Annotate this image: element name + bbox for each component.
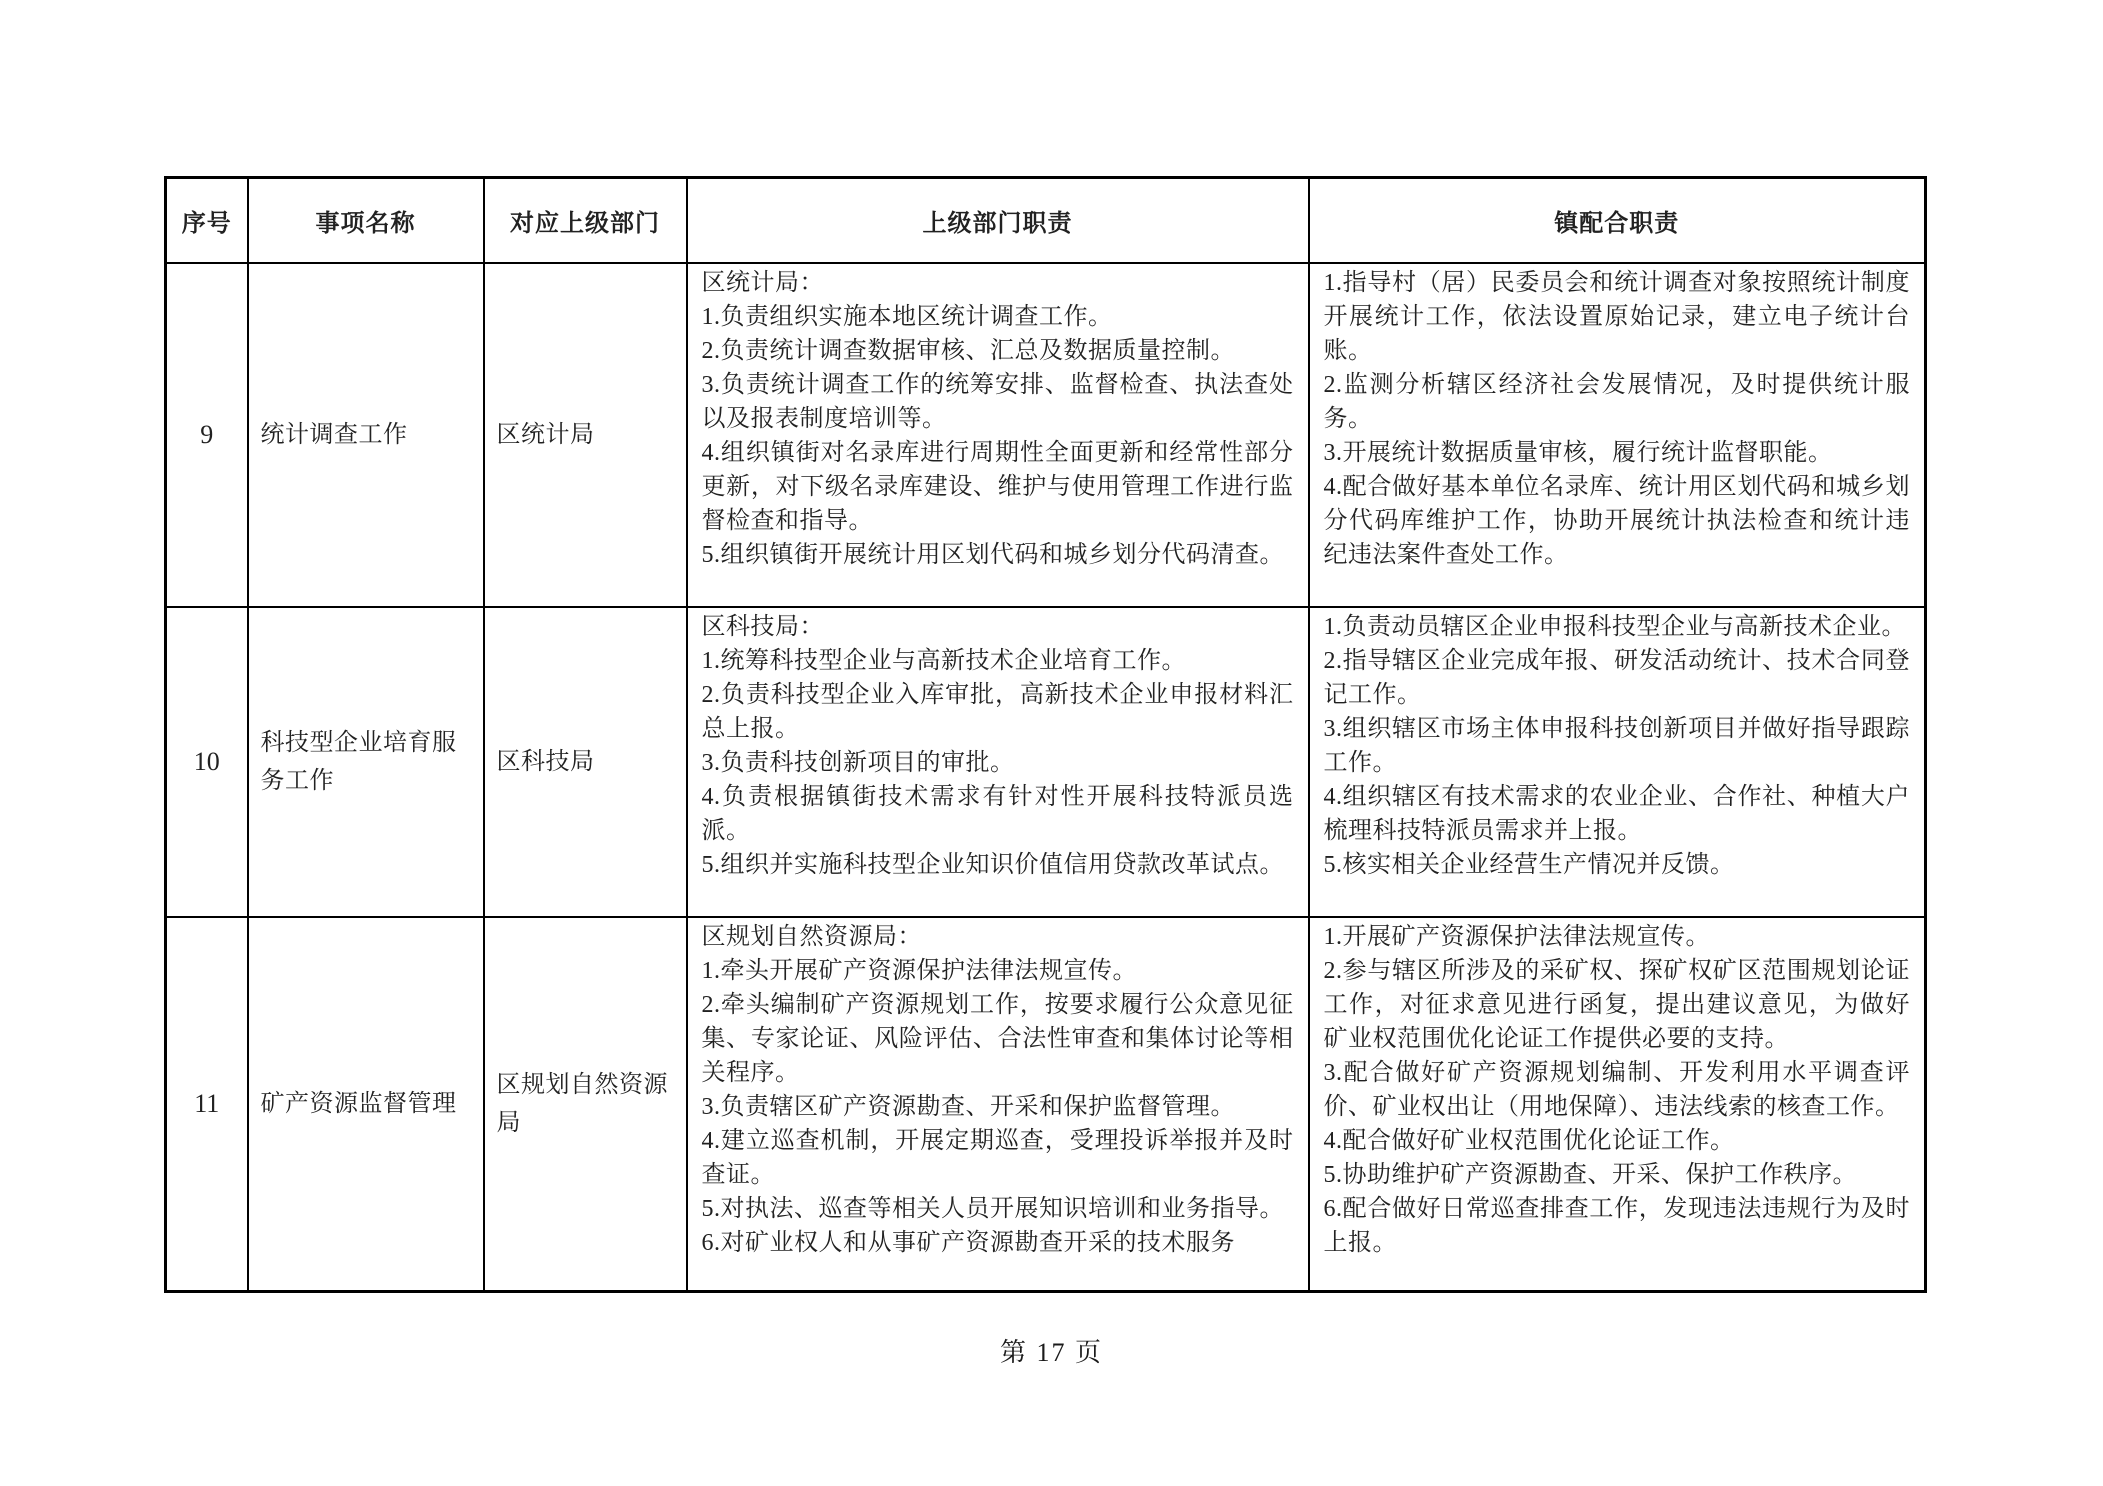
row-number-cell: 9: [166, 263, 248, 607]
department-cell: 区规划自然资源局: [484, 917, 687, 1292]
table-row: 11 矿产资源监督管理 区规划自然资源局 区规划自然资源局： 1.牵头开展矿产资…: [166, 917, 1926, 1292]
town-duties-cell: 1.开展矿产资源保护法律法规宣传。 2.参与辖区所涉及的采矿权、探矿权矿区范围规…: [1309, 917, 1926, 1292]
table-header-row: 序号 事项名称 对应上级部门 上级部门职责 镇配合职责: [166, 178, 1926, 263]
column-header-item-name: 事项名称: [248, 178, 484, 263]
superior-duties-cell: 区科技局： 1.统筹科技型企业与高新技术企业培育工作。 2.负责科技型企业入库审…: [687, 607, 1309, 917]
item-name-cell: 统计调查工作: [248, 263, 484, 607]
department-cell: 区科技局: [484, 607, 687, 917]
item-name-cell: 科技型企业培育服务工作: [248, 607, 484, 917]
superior-duties-cell: 区规划自然资源局： 1.牵头开展矿产资源保护法律法规宣传。 2.牵头编制矿产资源…: [687, 917, 1309, 1292]
column-header-superior-duties: 上级部门职责: [687, 178, 1309, 263]
row-number-cell: 11: [166, 917, 248, 1292]
column-header-number: 序号: [166, 178, 248, 263]
responsibility-table: 序号 事项名称 对应上级部门 上级部门职责 镇配合职责 9 统计调查工作 区统计…: [164, 176, 1927, 1293]
item-name-cell: 矿产资源监督管理: [248, 917, 484, 1292]
table-row: 10 科技型企业培育服务工作 区科技局 区科技局： 1.统筹科技型企业与高新技术…: [166, 607, 1926, 917]
row-number-cell: 10: [166, 607, 248, 917]
superior-duties-cell: 区统计局： 1.负责组织实施本地区统计调查工作。 2.负责统计调查数据审核、汇总…: [687, 263, 1309, 607]
town-duties-cell: 1.负责动员辖区企业申报科技型企业与高新技术企业。 2.指导辖区企业完成年报、研…: [1309, 607, 1926, 917]
town-duties-cell: 1.指导村（居）民委员会和统计调查对象按照统计制度开展统计工作，依法设置原始记录…: [1309, 263, 1926, 607]
column-header-town-duties: 镇配合职责: [1309, 178, 1926, 263]
column-header-superior-department: 对应上级部门: [484, 178, 687, 263]
page-number: 第 17 页: [0, 1332, 2103, 1369]
table-row: 9 统计调查工作 区统计局 区统计局： 1.负责组织实施本地区统计调查工作。 2…: [166, 263, 1926, 607]
department-cell: 区统计局: [484, 263, 687, 607]
